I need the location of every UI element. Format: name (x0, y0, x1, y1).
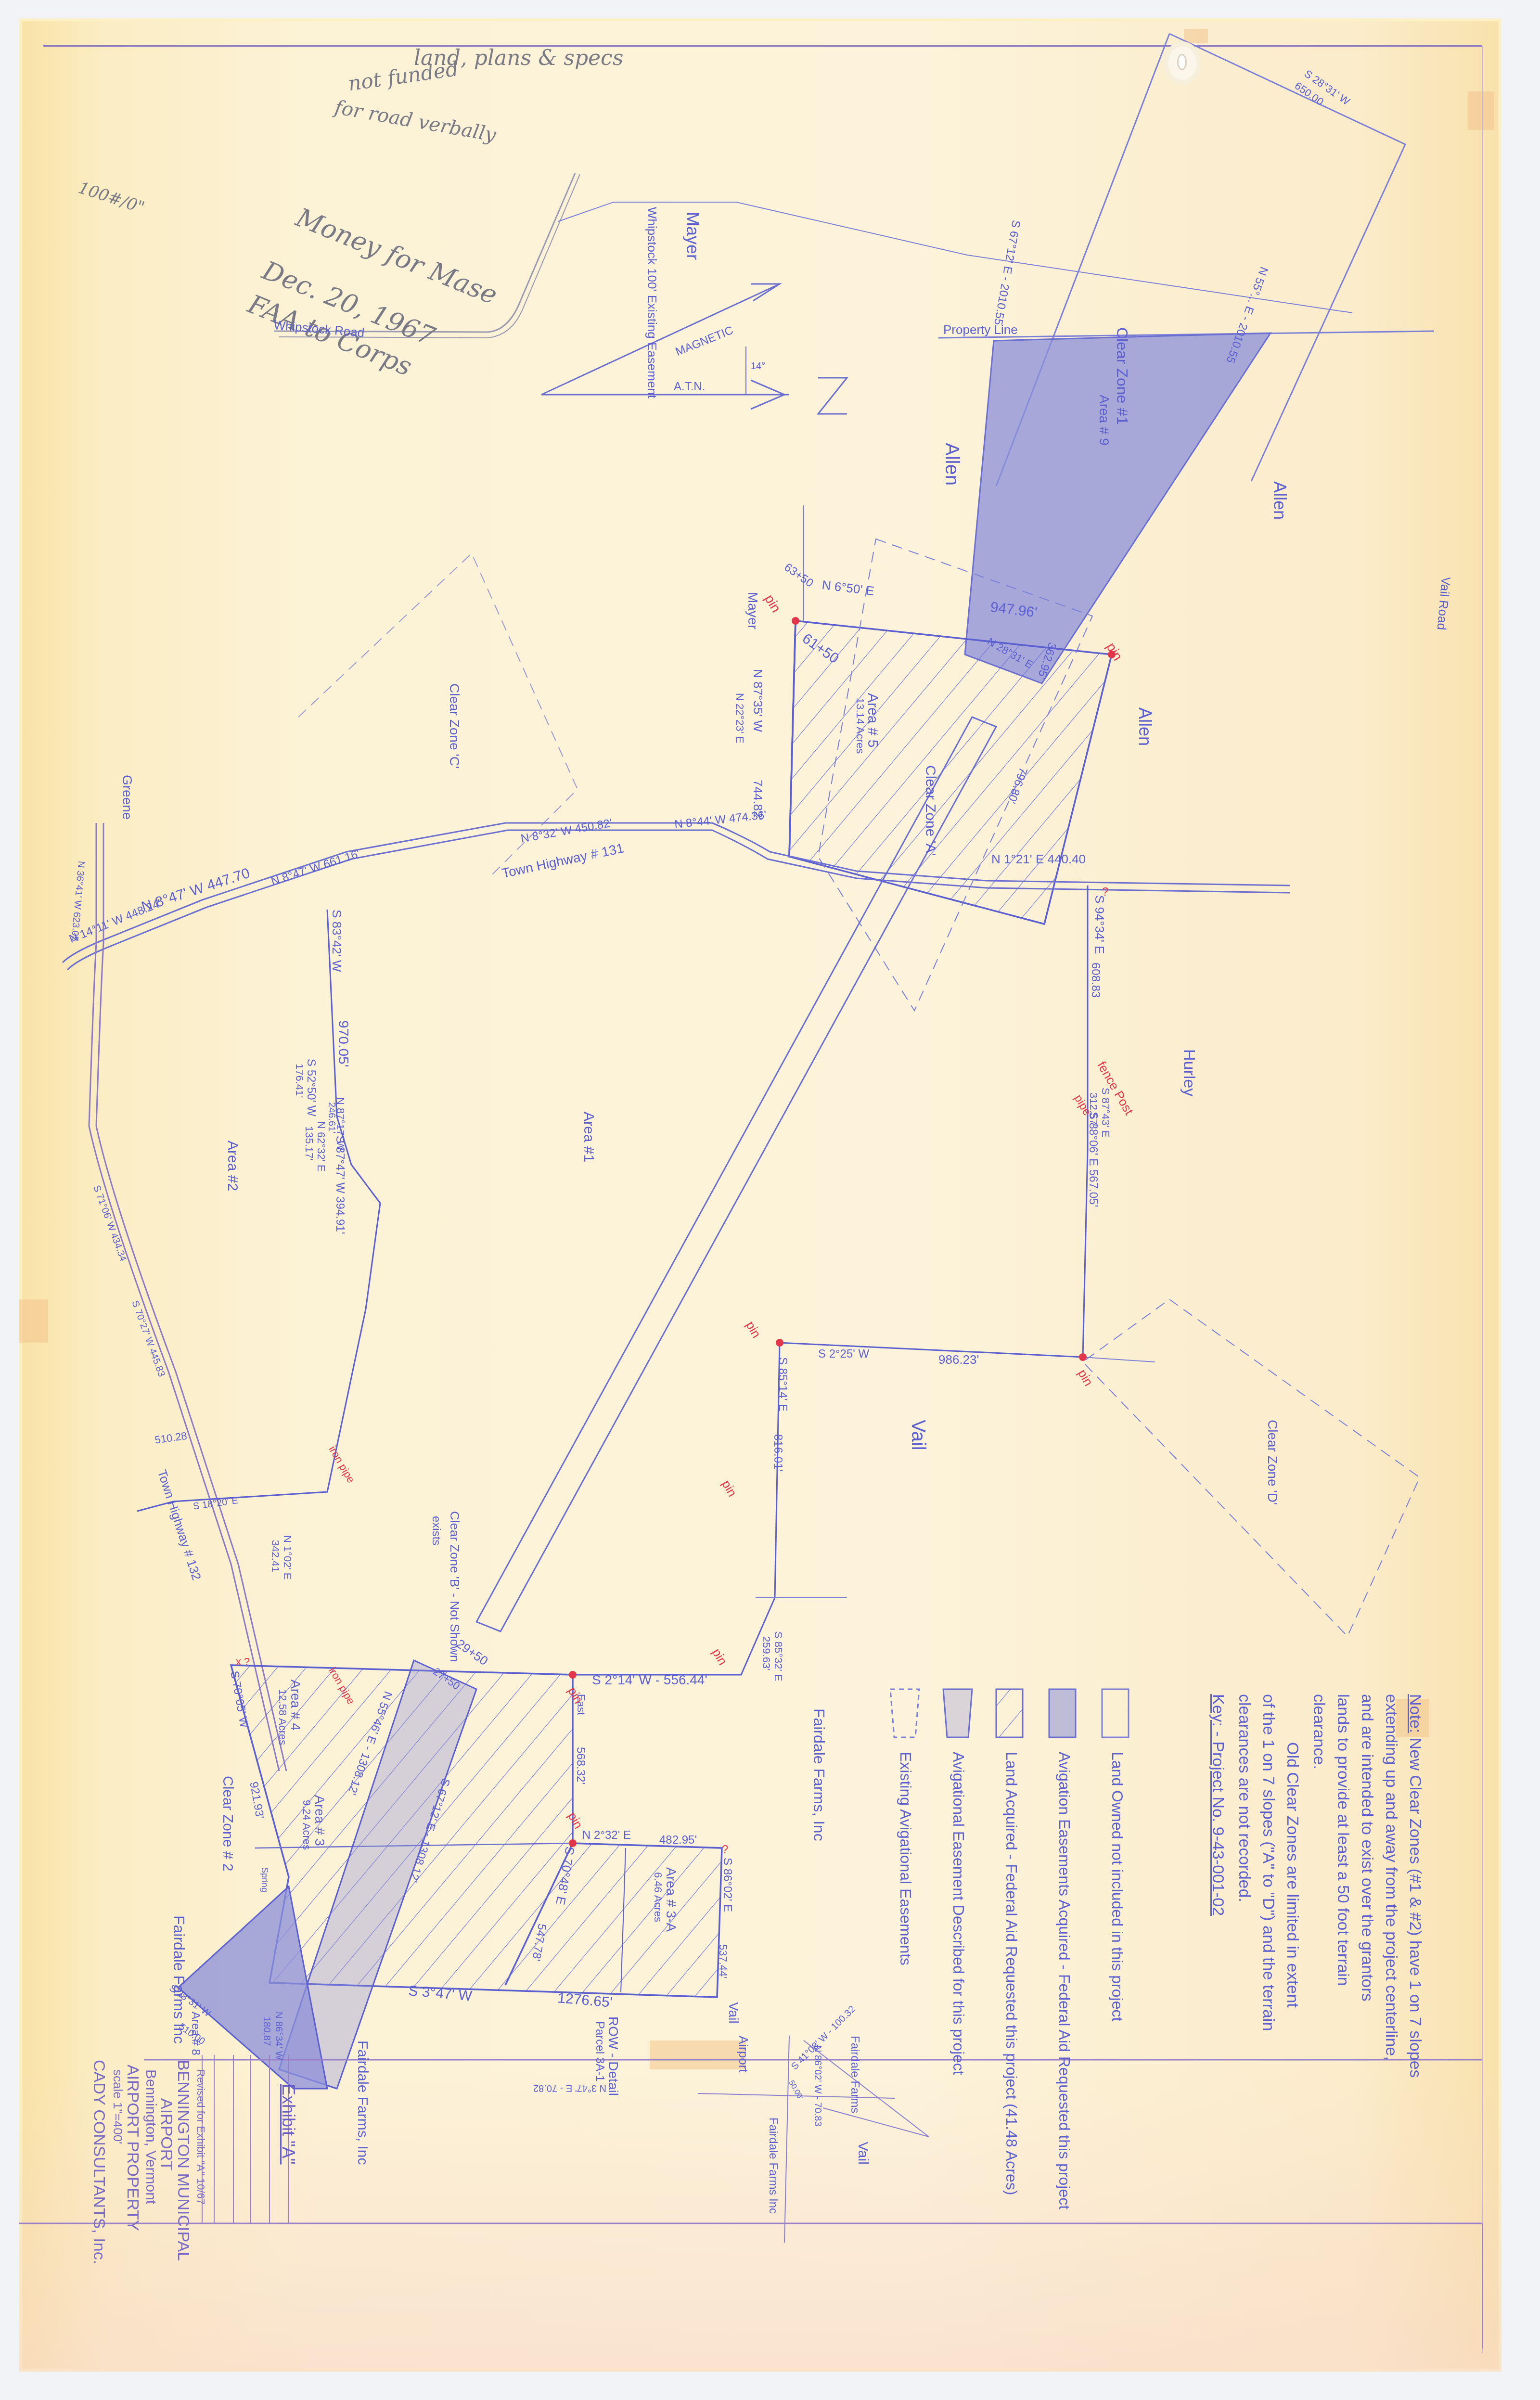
distance-816: 816.01' (771, 1434, 784, 1472)
label-area-1: Area #1 (580, 1112, 597, 1162)
distance-259: 259.63' (760, 1636, 772, 1671)
label-whipstock-easement: Whipstock 100' Existing Easement (644, 207, 659, 398)
note-line-1: Note: New Clear Zones (#1 & #2) have 1 o… (1406, 1694, 1424, 2078)
owner-hurley: Hurley (1180, 1049, 1198, 1096)
legend-item-land-owned: Land Owned not included in this project (1108, 1752, 1126, 2021)
bearing-n62-32: N 62°32' E (315, 1121, 327, 1172)
firm-name: CADY CONSULTANTS, Inc. (90, 2060, 108, 2264)
row-bearing-c: N 3°47' E - 70.82 (533, 2082, 606, 2093)
owner-fairdale-5: Fairdale Farms (848, 2036, 861, 2113)
survey-map-drawing (0, 0, 1540, 2400)
distance-568: 568.32' (574, 1747, 587, 1784)
bearing-s52-50: S 52°50' W (304, 1059, 318, 1117)
legend-key-label: Key: - Project No. 9-43-001-02 (1208, 1694, 1227, 1916)
bearing-n86-34: N 86°34' W (273, 2012, 284, 2060)
label-area-2: Area #2 (224, 1141, 241, 1191)
bearing-s85-14: S 85°14' E (776, 1357, 789, 1412)
note-line-4: lands to provide at least a 50 foot terr… (1334, 1694, 1352, 1986)
bearing-n22-23: N 22°23' E (733, 693, 746, 744)
title-line-1: BENNINGTON MUNICIPAL (174, 2060, 192, 2261)
bearing-s87-43: S 87°43' E (1099, 1088, 1112, 1138)
label-area-3a: Area # 3-A (663, 1867, 679, 1932)
owner-vail-low2: Vail (855, 2142, 871, 2165)
label-row-parcel: Parcel 3A-1 (593, 2021, 606, 2081)
note-line-2: extending up and away from the project c… (1382, 1694, 1400, 2061)
owner-fairdale-4: Fairdale Farms Inc (766, 2118, 780, 2214)
label-area-3: Area # 3 (312, 1795, 327, 1846)
revision-note: Revised for Exhibit "A" 10/67 (194, 2069, 207, 2205)
note-text-1: New Clear Zones (#1 & #2) have 1 on 7 sl… (1406, 1738, 1424, 2078)
label-area-3-acres: 9.24 Acres (300, 1800, 313, 1850)
exhibit-label: Exhibit "A" (278, 2084, 298, 2165)
title-line-4: AIRPORT PROPERTY (123, 2065, 142, 2231)
bearing-n87-35: N 87°35' W (750, 669, 765, 732)
owner-allen-right: Allen (1270, 481, 1290, 520)
label-row-detail: ROW - Detail (605, 2016, 621, 2096)
legend-item-avigation-described: Avigational Easement Described for this … (950, 1752, 967, 2075)
bearing-s2-25: S 2°25' W (818, 1348, 869, 1361)
title-line-3: Bennington, Vermont (142, 2069, 159, 2204)
bearing-n1-02: N 1°02' E (281, 1535, 294, 1580)
owner-mayer-top: Mayer (682, 212, 703, 260)
label-clear-zone-d: Clear Zone 'D' (1265, 1420, 1280, 1505)
label-declination: 14° (751, 361, 765, 372)
label-clear-zone-c: Clear Zone 'C' (447, 683, 462, 769)
label-clear-zone-a: Clear Zone 'A' (922, 765, 938, 856)
owner-vail-low: Vail (726, 2002, 741, 2024)
owner-airport: Airport (736, 2036, 751, 2073)
legend-item-avigation-acquired: Avigation Easements Acquired - Federal A… (1055, 1752, 1073, 2209)
legend-item-existing-avigation: Existing Avigational Easements (897, 1752, 914, 1965)
label-property-line: Property Line (943, 322, 1018, 337)
owner-vail-mid: Vail (907, 1420, 929, 1450)
bearing-s85-32: S 85°32' E (772, 1631, 784, 1681)
bearing-s86-02: S 86°02' E (720, 1858, 734, 1912)
distance-135: 135.17' (303, 1126, 315, 1161)
owner-allen-left: Allen (941, 443, 962, 486)
distance-986: 986.23' (938, 1352, 979, 1367)
note-label: Note: (1406, 1694, 1424, 1733)
distance-482: 482.95' (659, 1834, 697, 1847)
row-bearing-b: N 86°02' W - 70.83 (812, 2045, 823, 2127)
distance-608: 608.83 (1089, 963, 1102, 998)
title-line-2: AIRPORT (157, 2098, 176, 2171)
label-area-9: Area # 9 (1096, 395, 1112, 446)
bearing-s83-42: S 83°42' W (329, 910, 344, 972)
bearing-s87-47: S 87°47' W 394.91' (333, 1136, 346, 1234)
bearing-n1-21: N 1°21' E 440.40 (991, 852, 1086, 867)
bearing-s94-34: S 94°34' E (1092, 895, 1107, 954)
bearing-s88-06: S 88°06' E (1086, 1112, 1100, 1166)
label-area-5-acres: 13.14 Acres (854, 698, 866, 754)
distance-246: 246.61' (326, 1102, 337, 1133)
marker-x-question: x ? (236, 1656, 250, 1668)
label-area-4: Area # 4 (288, 1680, 303, 1731)
label-area-4-acres: 12.58 Acres (276, 1689, 289, 1745)
owner-allen-mid: Allen (1135, 707, 1155, 746)
owner-greene: Greene (119, 775, 135, 820)
old-note-line-1: Old Clear Zones are limited in extent (1283, 1742, 1302, 2008)
note-line-3: and are intended to exist over the grant… (1358, 1694, 1376, 2002)
distance-180: 180.87 (261, 2016, 272, 2046)
title-line-5: scale 1"=400' (110, 2069, 125, 2144)
label-atn: A.T.N. (674, 380, 705, 394)
label-clear-zone-2: Clear Zone # 2 (219, 1776, 236, 1871)
owner-fairdale-3: Fairdale Farms, Inc (354, 2041, 371, 2165)
distance-970: 970.05' (335, 1020, 351, 1067)
legend-item-land-acquired: Land Acquired - Federal Aid Requested th… (1002, 1752, 1020, 2195)
marker-question: ? (1102, 886, 1108, 899)
note-line-5: clearance. (1309, 1694, 1328, 1770)
distance-567: 567.05' (1086, 1169, 1100, 1207)
old-note-line-2: of the 1 on 7 slopes ("A" to "D") and th… (1259, 1694, 1278, 2031)
bearing-s2-14: S 2°14' W - 556.44' (592, 1672, 707, 1688)
label-clear-zone-b-sub: exists (429, 1516, 443, 1545)
label-clear-zone-1: Clear Zone #1 (1113, 327, 1131, 425)
label-area-5: Area # 5 (864, 693, 881, 747)
marker-question: ? (722, 1843, 728, 1857)
bearing-n2-32: N 2°32' E (582, 1829, 631, 1842)
binder-hole (1168, 46, 1196, 80)
owner-mayer-mid: Mayer (745, 592, 760, 629)
owner-fairdale-1: Fairdale Farms, Inc (810, 1708, 828, 1841)
distance-176: 176.41' (293, 1064, 306, 1098)
label-area-3a-acres: 6.46 Acres (652, 1872, 664, 1922)
distance-537: 537.44' (717, 1944, 729, 1979)
old-note-line-3: clearances are not recorded. (1235, 1694, 1254, 1902)
label-spring: Spring (259, 1867, 269, 1892)
distance-342: 342.41 (269, 1540, 282, 1572)
